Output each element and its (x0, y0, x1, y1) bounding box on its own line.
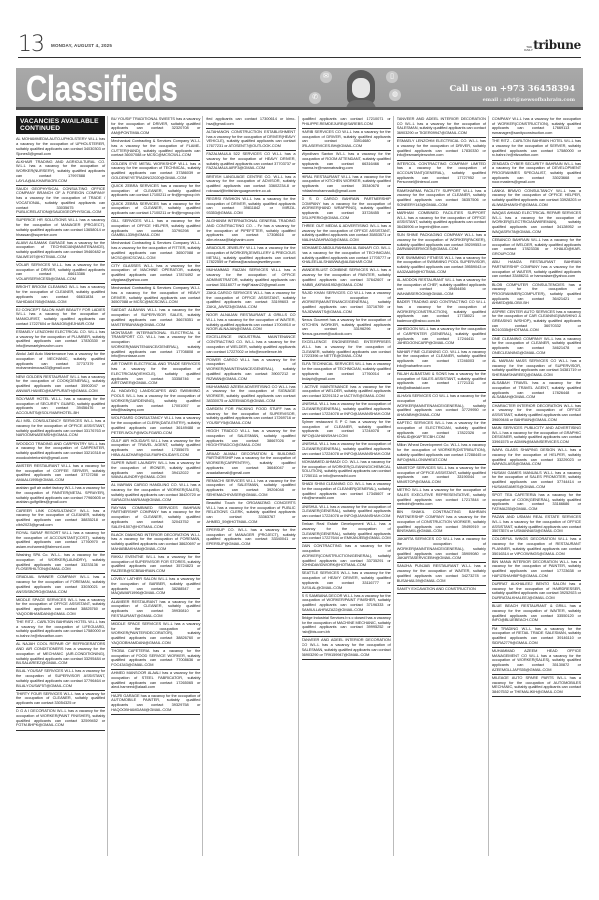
classified-ad: RAMSHARMA FACILITY SUPPORT W.L.L has a v… (397, 188, 486, 210)
classified-ad: MIDDLE SPACE SERVICES W.L.L has a vacanc… (111, 621, 200, 648)
mascot-illustration (341, 70, 381, 110)
classified-ad: Washing SPA Co. W.L.L. has a vacancy for… (16, 552, 105, 574)
classified-ad: GILL SERVICES W.L.L has a vacancy for th… (111, 218, 200, 240)
classified-ad: KAPTEC SERVICES W.L.L has a vacancy for … (397, 420, 486, 442)
classified-ad: SHADI SHINI CLEANING CO. W.L.L has a vac… (302, 481, 391, 503)
page-number: 13 (18, 32, 44, 57)
classified-ad: ALTAHANON CONSTRUCTION ESTABLISHMENT has… (206, 129, 295, 151)
classified-ad: THIRTY FOUR SERVICES W.L.L has a vacancy… (16, 691, 105, 709)
classified-ad: Millon Wheat Development Co. W.L.L has a… (397, 442, 486, 464)
classified-ad: AL MARIAN CARGO HANDLING CO. W.L.L has a… (111, 482, 200, 504)
classified-ad: FM TRADING W.L.L has a vacancy for the o… (492, 626, 581, 648)
classified-ad: NOOR ALNAJAN RESTAURANT & GRILLS CO W.L.… (206, 312, 295, 334)
classified-ad: Mechanical Contracting & Services Compan… (111, 285, 200, 307)
classified-ad: MUHAMMAD AZEEM HEAD OFFICE MANAGEMENT CO… (492, 648, 581, 675)
classified-ad: NEW GOLDEN RESTAURANT W.L.L has a vacanc… (16, 374, 105, 396)
classified-ad: Nexus Gourmet has a vacancy for the occu… (302, 317, 391, 339)
classified-ad: Bridge Industrial Services b s c closed … (302, 615, 391, 637)
classified-ad: POWER CARGO W.L.L has a vacancy for the … (206, 357, 295, 384)
classified-ad: WANDERLUST COMBINE SERVICES W.L.L has a … (302, 267, 391, 289)
classified-ad: AL MARIAN MASS SERVICES CO W.L.L has a v… (492, 358, 581, 380)
classified-ad: EJ CONCEPT SALON HAIR BEAUTY FOR LADIES … (16, 307, 105, 329)
column-1: VACANCIES AVAILABLE CONTINUED AL MOHAMME… (16, 116, 108, 856)
classified-ad: ALAWI ALSAMAK GARAGE has a vacancy for t… (16, 240, 105, 262)
classified-ad: COLORFUL WINGS DECORATION W.L.L has a va… (492, 536, 581, 558)
classified-ad: AL HADAYEQ LANDSCAPES AND SWIMMING POOLS… (111, 388, 200, 415)
classified-ad: JAKARTA SERVICES CO W.L.L has a vacancy … (397, 536, 486, 563)
classified-ad: QUICK ZEBRA SERVICES has a vacancy for t… (111, 201, 200, 219)
classified-ad: AHMED MANSOOR ALAALI has a vacancy for t… (111, 670, 200, 692)
classified-ad: TANVEER AND ADEEL INTERIOR DECORATION CO… (302, 637, 391, 659)
classified-ad: AIR TOWER ELECTRICAL AND TRADE SERVICES … (111, 361, 200, 388)
classified-ad: Sylmer restaurant S P C has a vacancy fo… (302, 419, 391, 441)
classified-ad: qualified applicants can contact 1721007… (302, 116, 391, 129)
classified-ad: SAEDAT ALBAYAN W.L.L has a vacancy for t… (111, 307, 200, 329)
classified-ad: CHARACTER INTERIOR DECORATION W.L.L has … (492, 403, 581, 425)
classified-ad: ALKHAIR TRADING AND AGRICULTURAL CO. W.L… (16, 159, 105, 186)
classified-ad: THE RITZ - CARLTON BAHRAIN HOTEL W.L.L h… (492, 138, 581, 160)
classified-ad: HARIB SERVICES CO W.L.L has a vacancy fo… (302, 129, 391, 151)
classified-ad: RAJID KHAN SERVICES CO W.L.L has a vacan… (302, 290, 391, 317)
classified-ad: SANJHA PUNJAB RESTAURANT W.L.L has a vac… (397, 563, 486, 585)
classified-ad: WOODCO TRADING AND CARPENTRY W.L.L has a… (16, 441, 105, 463)
classified-ad: BRIGHT BROOM CLEANING W.L.L has a vacanc… (16, 284, 105, 306)
classified-ad: EXCELLENCE INDUSTRIAL MAINTENANCE CONTRA… (206, 334, 295, 356)
classified-ad: BLUE BEACH RESTAURANT & GRILL has a vaca… (492, 603, 581, 625)
classified-ad: ELFA TECHNICAL SERVICES W.L.L has a vaca… (302, 361, 391, 383)
classified-ad: RAYYAN COMBINED SERVICES BAHRAIN PARTNER… (111, 505, 200, 532)
globe-icon: ◍ (389, 89, 401, 101)
masthead: 13 MONDAY, AUGUST 4, 2025 THE DAILY trib… (18, 30, 581, 58)
classified-ad: BIN MANA INTERIOR DECORATION W.L.L has a… (492, 559, 581, 581)
classified-ad: JAHEDOON W.L.L has a vacancy for the occ… (397, 326, 486, 348)
classified-ad: S S SAMBANA DECOR W.L.L has a vacancy fo… (302, 593, 391, 615)
section-heading: VACANCIES AVAILABLE CONTINUED (16, 116, 105, 134)
classified-ad: THE RITZ - CARLTON BAHRAIN HOTEL W.L.L h… (16, 619, 105, 641)
classified-ad: CAREER LINK CONSULTANCY W.L.L has a vaca… (16, 508, 105, 530)
classified-ad: UNISHUL W.L.L has a vacancy for the occu… (302, 401, 391, 419)
classified-ad: MINISTOP SERVICES W.L.L has a vacancy fo… (397, 465, 486, 487)
issue-date: MONDAY, AUGUST 4, 2025 (51, 43, 112, 48)
classified-ad: BIN SHAKIL CONTRACTING BAHRAIN PARTNERSH… (397, 509, 486, 536)
classified-ad: EPERSUP CO. W.L.L has a vacancy for the … (206, 527, 295, 549)
classified-ad: AL-MODON RESTAURANT W.L.L has a vacancy … (397, 277, 486, 299)
classified-ad: BILAL YOUSAF SERVICES W.L.L has a vacanc… (16, 668, 105, 690)
classified-ad: SPOT TEA CAFETERIA has a vacancy for the… (492, 492, 581, 514)
classified-ad: Abdul Jalil Auto Maintenance has a vacan… (16, 351, 105, 373)
classified-ad: AL NAJAH COOL REPAIR OF REFRIGERATORS AN… (16, 641, 105, 668)
classified-ad: Wyndham Saxton W.L.L has a vacancy for t… (302, 151, 391, 173)
phone-icon: ✆ (309, 92, 321, 104)
classified-ad: LANKA BRAVO CONSULTANCY W.L.L has a vaca… (492, 188, 581, 210)
classified-ad: SUPER WAVE LAUNDRY W.L.L has a vacancy f… (111, 460, 200, 482)
classified-ad: SUPERICE HR SOLUTIONS W.L.L has a vacanc… (16, 217, 105, 239)
classified-ad: QUICK ZEBRA SERVICES has a vacancy for t… (111, 183, 200, 201)
classified-ad: MONTASAR INTERNATIONAL ELECTRICAL & TRAN… (111, 330, 200, 362)
column-5: TANVEER AND ADEEL INTERIOR DECORATION CO… (397, 116, 489, 856)
classified-ad: AL MOHAMMEDIA AUTO-UPHOLSTERY W.L.L has … (16, 136, 105, 158)
logo-prefix: THE DAILY (524, 46, 532, 52)
classified-ad: CITY GLASSES W.L.L has a vacancy for the… (111, 263, 200, 285)
classified-ad: Mechanical Contracting & Services Compan… (111, 240, 200, 262)
classified-ad: REMACHI SERVICES W.L.L has a vacancy for… (206, 478, 295, 500)
column-3: fied applicants can contact 17300614 or … (206, 116, 298, 856)
column-6: COMPANY W.L.L has a vacancy for the occu… (492, 116, 583, 856)
classified-ad: GARDEN FOR PACKING FOOD STUFF has a vaca… (206, 406, 295, 428)
classified-ad: TANVEER AND ADEEL INTERIOR DECORATION CO… (397, 116, 486, 138)
classified-ad: HAJRI GARAGE has a vacancy for the occup… (111, 693, 200, 715)
classified-ad: THREE OUT MEDIA & ADVERTISING W.L.L has … (302, 223, 391, 245)
classified-ad: MUHAMMAD FAIZAN SERVICES W.L.L has a vac… (206, 267, 295, 289)
classified-ad: COMPANY W.L.L has a vacancy for the occu… (492, 116, 581, 138)
classified-ad: BU YOUSIF TRADITIONAL SWEETS has a vacan… (111, 116, 200, 138)
classified-ad: SAUDI GEOPHYSICAL CONSULTING OFFICE COMP… (16, 186, 105, 218)
classified-ad: ZENDATA CYBER SECURITY BAHRAIN W.L.L has… (492, 161, 581, 188)
classified-ad: PAZAN AND USMAN REAL ESTATE SERVICES W.L… (492, 514, 581, 536)
newspaper-logo: THE DAILY tribune (524, 38, 581, 52)
classified-ad: EXCELLENCE ENGINEERING ENTERPRISES W.L.L… (302, 339, 391, 361)
classified-ad: HUSAM GAMES MANUALS W.L.L has a vacancy … (492, 470, 581, 492)
classified-ad: NAHAR FINE CLEANING CO. W.L.L has a vaca… (397, 349, 486, 371)
classified-ad: ARADOUS JEWELRY W.L.L has a vacancy for … (206, 245, 295, 267)
classified-ad: ALI MSL CONSULTANCY SERVICES W.L.L has a… (16, 418, 105, 440)
classified-ad: GULF AIR HOLIDAYS W.L.L has a vacancy fo… (111, 438, 200, 460)
classified-ad: ALGHANIM INTERNATIONAL GENERAL TRADING A… (206, 218, 295, 245)
classified-ad: THOBA CAFETERIA has a vacancy for the oc… (111, 648, 200, 670)
classified-ad: arabian gulf air outlet factory W.L.L ha… (16, 485, 105, 507)
column-4: qualified applicants can contact 1721007… (302, 116, 394, 856)
classified-ad: ARAAD ALMALI DECORATION & BUILDING PARTN… (206, 451, 295, 478)
classified-ad: ABU HAMZA RESTAURANT BAHRAIN PARTNERSHIP… (492, 259, 581, 281)
classified-ad: MUHAMMAD AZEEM ADVERTISING CO W.L.L has … (206, 384, 295, 406)
classifieds-columns: VACANCIES AVAILABLE CONTINUED AL MOHAMME… (16, 116, 583, 856)
column-2: BU YOUSIF TRADITIONAL SWEETS has a vacan… (111, 116, 203, 856)
classified-ad: FAZALMAULA 522 SERVICES CO W.L.L has a v… (206, 151, 295, 173)
classified-ad: ALSABAH TRAVEL has a vacancy for the occ… (492, 380, 581, 402)
classified-ad: UNISHUL W.L.L has a vacancy for the occu… (302, 504, 391, 522)
classified-ad: CEBANCO BAHRAIN W.L.L has a vacancy for … (492, 237, 581, 259)
classified-ad: SEATTLE SERVICES W.L.L has a vacancy for… (302, 570, 391, 592)
classified-ad: BLOB COMPUTER CONSULTENCIES has a vacanc… (492, 282, 581, 309)
classified-ad: BRITISH LANGUAGE CENTRE CO. W.L.L has a … (206, 174, 295, 196)
classified-ad: fied applicants can contact 17300614 or … (206, 116, 295, 129)
classified-ad: FALAH ALBASTAKI & SONS has a vacancy for… (397, 371, 486, 393)
classified-ad: Emkan Real Estate Development W.L.L has … (302, 521, 391, 543)
classified-ad: ALAMEER RESTAURANT has a vacancy for the… (111, 599, 200, 621)
classified-ad: D S D CARGO BAHRAIN PARTNERSHIP COMPANY … (302, 196, 391, 223)
classified-ad: VOLAR SERVICES W.L.L. has a vacancy for … (16, 262, 105, 284)
classified-ad: GOLDEN EYE METAL WORKSHOP W.L.L has a va… (111, 161, 200, 183)
banner-title: Classifieds (26, 68, 177, 110)
classified-ad: MOHAMED ABDULRAHMAN AL BANAFI CO. W.L.L … (302, 245, 391, 267)
classified-ad: MOHAMMED AHMADI CO. W.L.L has a vacancy … (302, 459, 391, 481)
classified-ad: UNISHUL W.L.L has a vacancy for the occu… (302, 441, 391, 459)
classifieds-banner: Classifieds ✉ ✆ ▯ ◍ Call us on +973 3645… (16, 68, 583, 110)
logo-wordmark: tribune (533, 38, 581, 52)
classified-ad: BLACK DIAMOND INTERIOR DECORATION W.L.L … (111, 532, 200, 554)
envelope-icon: ✉ (320, 71, 332, 83)
classified-ad: SUN SHINE PACKAGING COMPANY W.L.L has a … (397, 232, 486, 254)
classified-ad: ALHAYA SERVICES CO W.L.L has a vacancy f… (397, 393, 486, 420)
classified-ad: BADER TRADING AND CONTRACTING CO W.L.L h… (397, 299, 486, 326)
classified-ad: Beautiful Touch for ORGANIZING CONCERTS … (206, 500, 295, 527)
classified-ad: D G A I DECORATION W.L.L has a vacancy f… (16, 708, 105, 730)
classified-ad: AMSTER RESTAURANT W.L.L has a vacancy fo… (16, 463, 105, 485)
classified-ad: HIRAL RESTAURANT W.L.L has a vacancy for… (302, 174, 391, 196)
classified-ad: HIGGH TRADCO W.L.L has a vacancy for the… (206, 428, 295, 450)
classified-ad: Mechanical Contracting & Services Compan… (111, 138, 200, 160)
classified-ad: ESMAELY LENZOHM ELECTRICAL CO. W.L.L has… (397, 138, 486, 160)
classified-ad: SOLYMAR HOTEL W.L.L. has a vacancy for t… (16, 396, 105, 418)
classified-ad: I ACTIVE MAINTENANCE has a vacancy for t… (302, 384, 391, 402)
classified-ad: ROYAL SARAF RESORT W.L.L has a vacancy f… (16, 530, 105, 552)
classified-ad: ZAIN CONTRACTING has a vacancy for the o… (302, 543, 391, 570)
classified-ad: WOLFGARD CONSULTANCY W.L.L has a vacancy… (111, 415, 200, 437)
classified-ad: METRO W.L.L has a vacancy for the occupa… (397, 487, 486, 509)
classified-ad: MAIN SERVICES PUBLICITY AND ADVERTISING … (492, 425, 581, 447)
classified-ad: ZAKA CARGO SERVICES W.L.L has a vacancy … (206, 290, 295, 312)
classified-ad: ESMAELY LENZOHM ELECTRICAL CO. W.L.L has… (16, 329, 105, 351)
classified-ad: WAFA GLASS SHAPING DESIGN W.L.L has a va… (492, 447, 581, 469)
contact-phone: Call us on +973 36458394 (449, 84, 575, 94)
classified-ad: MARHAM COMBINED FACILITIES SUPPORT W.L.L… (397, 210, 486, 232)
classified-ad: LOVELY LATHER SALON W.L.L has a vacancy … (111, 576, 200, 598)
classified-ad: GRADUAL WINNER COMPANY W.L.L has a vacan… (16, 574, 105, 596)
contact-email: email : advt@newsofbahrain.com (483, 97, 575, 103)
mobile-icon: ▯ (386, 71, 398, 83)
classified-ad: ASPIRE CENTER AUTO SERVICES has a vacanc… (492, 309, 581, 336)
classified-ad: ONE CLEANING COMPANY W.L.L has a vacancy… (492, 336, 581, 358)
classified-ad: INTERCOL CONTRACTING COMPANY LIMITED has… (397, 161, 486, 188)
classified-ad: EVE SWIMMING FITNESS W.L.L has a vacancy… (397, 255, 486, 277)
classified-ad: DURRAT ALKHALEEJ BENTO SALON has a vacan… (492, 581, 581, 603)
classified-ad: MILEAGE AUTO SPARE PARTS W.L.L has a vac… (492, 675, 581, 697)
classified-ad: SANITY EXCAVATION AND CONSTRUCTION (397, 586, 486, 594)
classified-ad: MIDDLE SPACE SERVICES W.L.L has a vacanc… (16, 597, 105, 619)
classified-ad: REGRSI FASHION W.L.L has a vacancy for t… (206, 196, 295, 218)
classified-ad: WAQAS AHMAD ELECTRICAL REPAIR SERVICES W… (492, 210, 581, 237)
classified-ad: RIKKU EVENTNE W.L.L has a vacancy for th… (111, 554, 200, 576)
